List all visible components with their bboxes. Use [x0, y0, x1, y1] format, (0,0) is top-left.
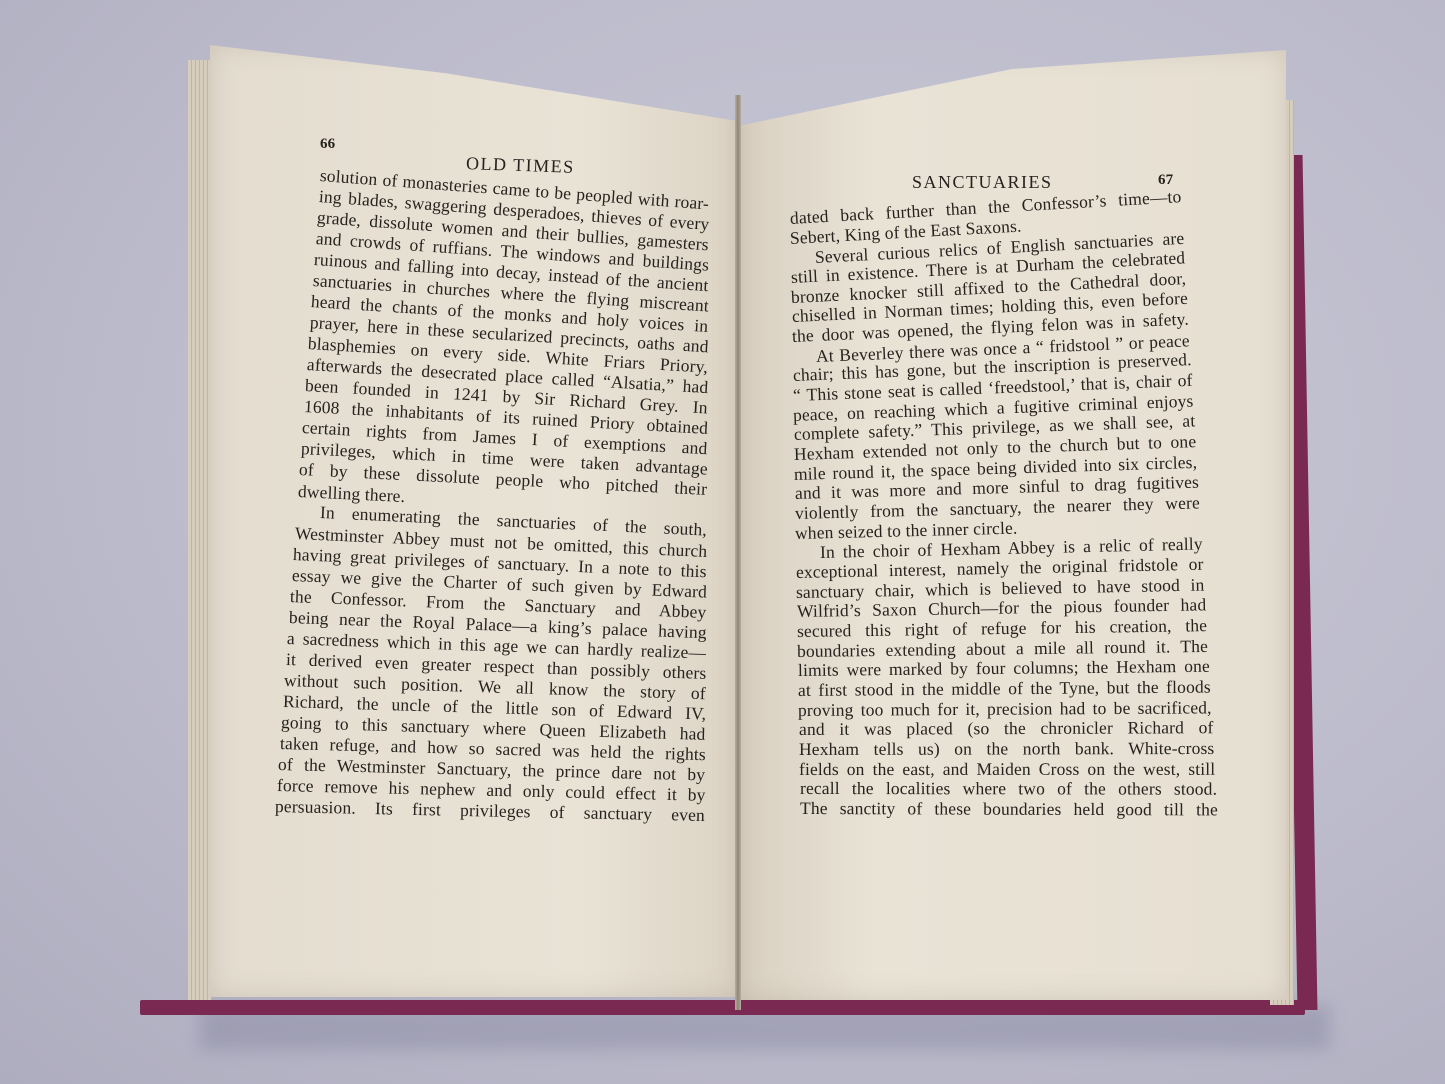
right-running-header: SANCTUARIES: [912, 172, 1053, 193]
text-line: Hexham tells us) on the north bank. Whit…: [799, 738, 1214, 760]
text-line: and it was placed (so the chronicler Ric…: [799, 717, 1214, 740]
text-line: fields on the east, and Maiden Cross on …: [799, 758, 1215, 779]
left-page-number: 66: [320, 136, 335, 153]
text-line: recall the localities where two of the o…: [800, 778, 1217, 800]
text-line: The sanctity of these boundaries held go…: [800, 798, 1218, 820]
book-cover-bottom-edge: [140, 1000, 1305, 1015]
book-gutter: [735, 95, 741, 1010]
left-page-stack-edges: [188, 60, 212, 1000]
left-running-header: OLD TIMES: [466, 153, 575, 178]
